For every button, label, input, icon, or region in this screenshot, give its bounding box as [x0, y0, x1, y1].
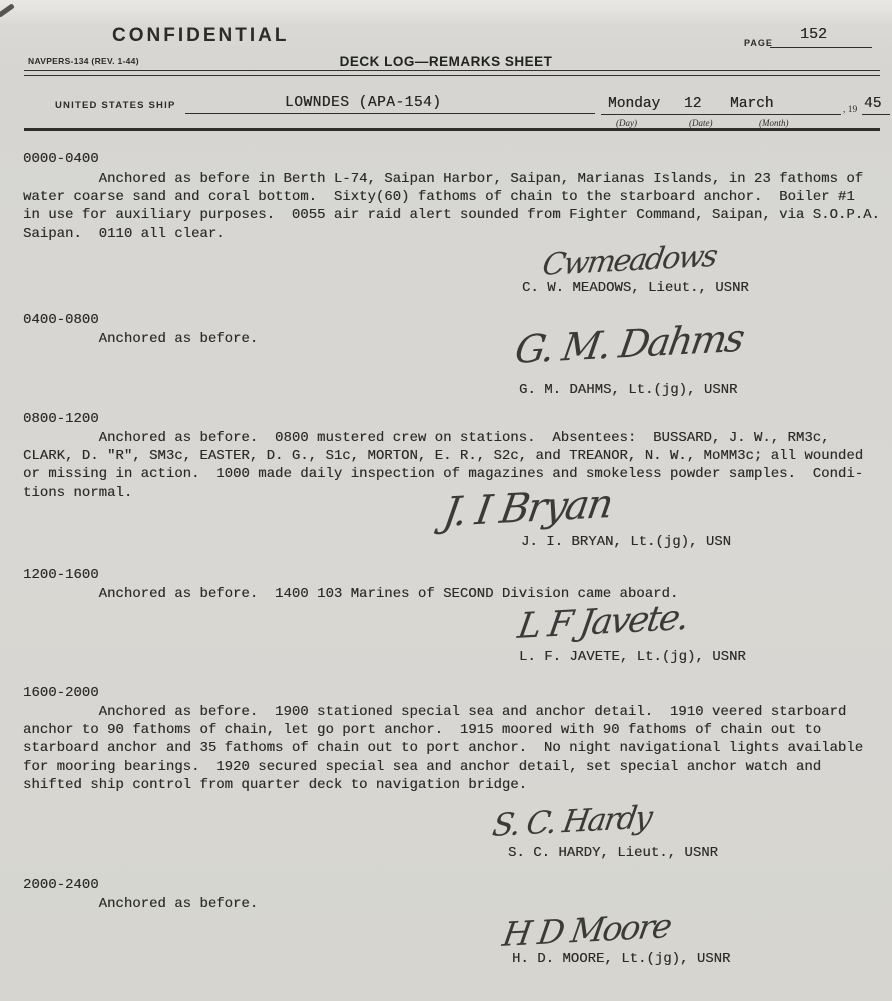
form-title: DECK LOG—REMARKS SHEET	[0, 54, 892, 69]
signature-handwritten: S. C. Hardy	[490, 799, 653, 844]
entry-text: Anchored as before. 1900 stationed speci…	[23, 703, 863, 794]
signature-handwritten: H D Moore	[500, 906, 673, 954]
entry-period: 2000-2400	[23, 877, 99, 893]
entry-period: 1600-2000	[23, 685, 99, 701]
page-label: PAGE	[744, 38, 773, 48]
date-date-value: 12	[684, 96, 701, 112]
page-number-underline	[770, 47, 872, 48]
signature-typed: S. C. HARDY, Lieut., USNR	[508, 845, 718, 861]
month-caption: (Month)	[759, 118, 789, 128]
entry-text: Anchored as before.	[23, 330, 258, 348]
signature-typed: J. I. BRYAN, Lt.(jg), USN	[521, 534, 731, 550]
scan-artifact-mark	[0, 3, 15, 17]
signature-handwritten: L F Javete.	[515, 598, 690, 647]
signature-handwritten: Cwmeadows	[540, 239, 718, 283]
date-caption: (Date)	[689, 118, 713, 128]
ship-name: LOWNDES (APA-154)	[285, 95, 441, 111]
entry-text: Anchored as before.	[23, 895, 258, 913]
signature-typed: L. F. JAVETE, Lt.(jg), USNR	[519, 649, 746, 665]
year-prefix: , 19	[843, 105, 857, 115]
entry-period: 0400-0800	[23, 312, 99, 328]
date-underline	[601, 114, 841, 115]
signature-typed: C. W. MEADOWS, Lieut., USNR	[522, 280, 749, 296]
year-underline	[862, 114, 890, 115]
signature-handwritten: G. M. Dahms	[512, 316, 746, 372]
ship-name-underline	[185, 113, 595, 114]
ship-field-label: UNITED STATES SHIP	[55, 100, 175, 111]
entry-period: 0800-1200	[23, 411, 99, 427]
entry-text: Anchored as before. 0800 mustered crew o…	[23, 429, 863, 502]
date-month-value: March	[730, 96, 774, 112]
signature-typed: G. M. DAHMS, Lt.(jg), USNR	[519, 382, 737, 398]
year-value: 45	[864, 96, 881, 112]
classification-stamp: CONFIDENTIAL	[112, 25, 289, 47]
signature-handwritten: J. I Bryan	[440, 481, 615, 536]
header-bottom-rule	[24, 128, 880, 131]
day-caption: (Day)	[616, 118, 637, 128]
double-rule-top	[24, 70, 880, 71]
date-day-value: Monday	[608, 96, 660, 112]
entry-period: 0000-0400	[23, 151, 99, 167]
page-number: 152	[800, 26, 827, 43]
signature-typed: H. D. MOORE, Lt.(jg), USNR	[512, 951, 730, 967]
double-rule-bottom	[24, 75, 880, 76]
entry-text: Anchored as before in Berth L-74, Saipan…	[23, 170, 880, 243]
entry-period: 1200-1600	[23, 567, 99, 583]
entry-text: Anchored as before. 1400 103 Marines of …	[23, 585, 678, 603]
scanned-deck-log-document: CONFIDENTIAL PAGE 152 NAVPERS-134 (REV. …	[0, 0, 892, 1001]
